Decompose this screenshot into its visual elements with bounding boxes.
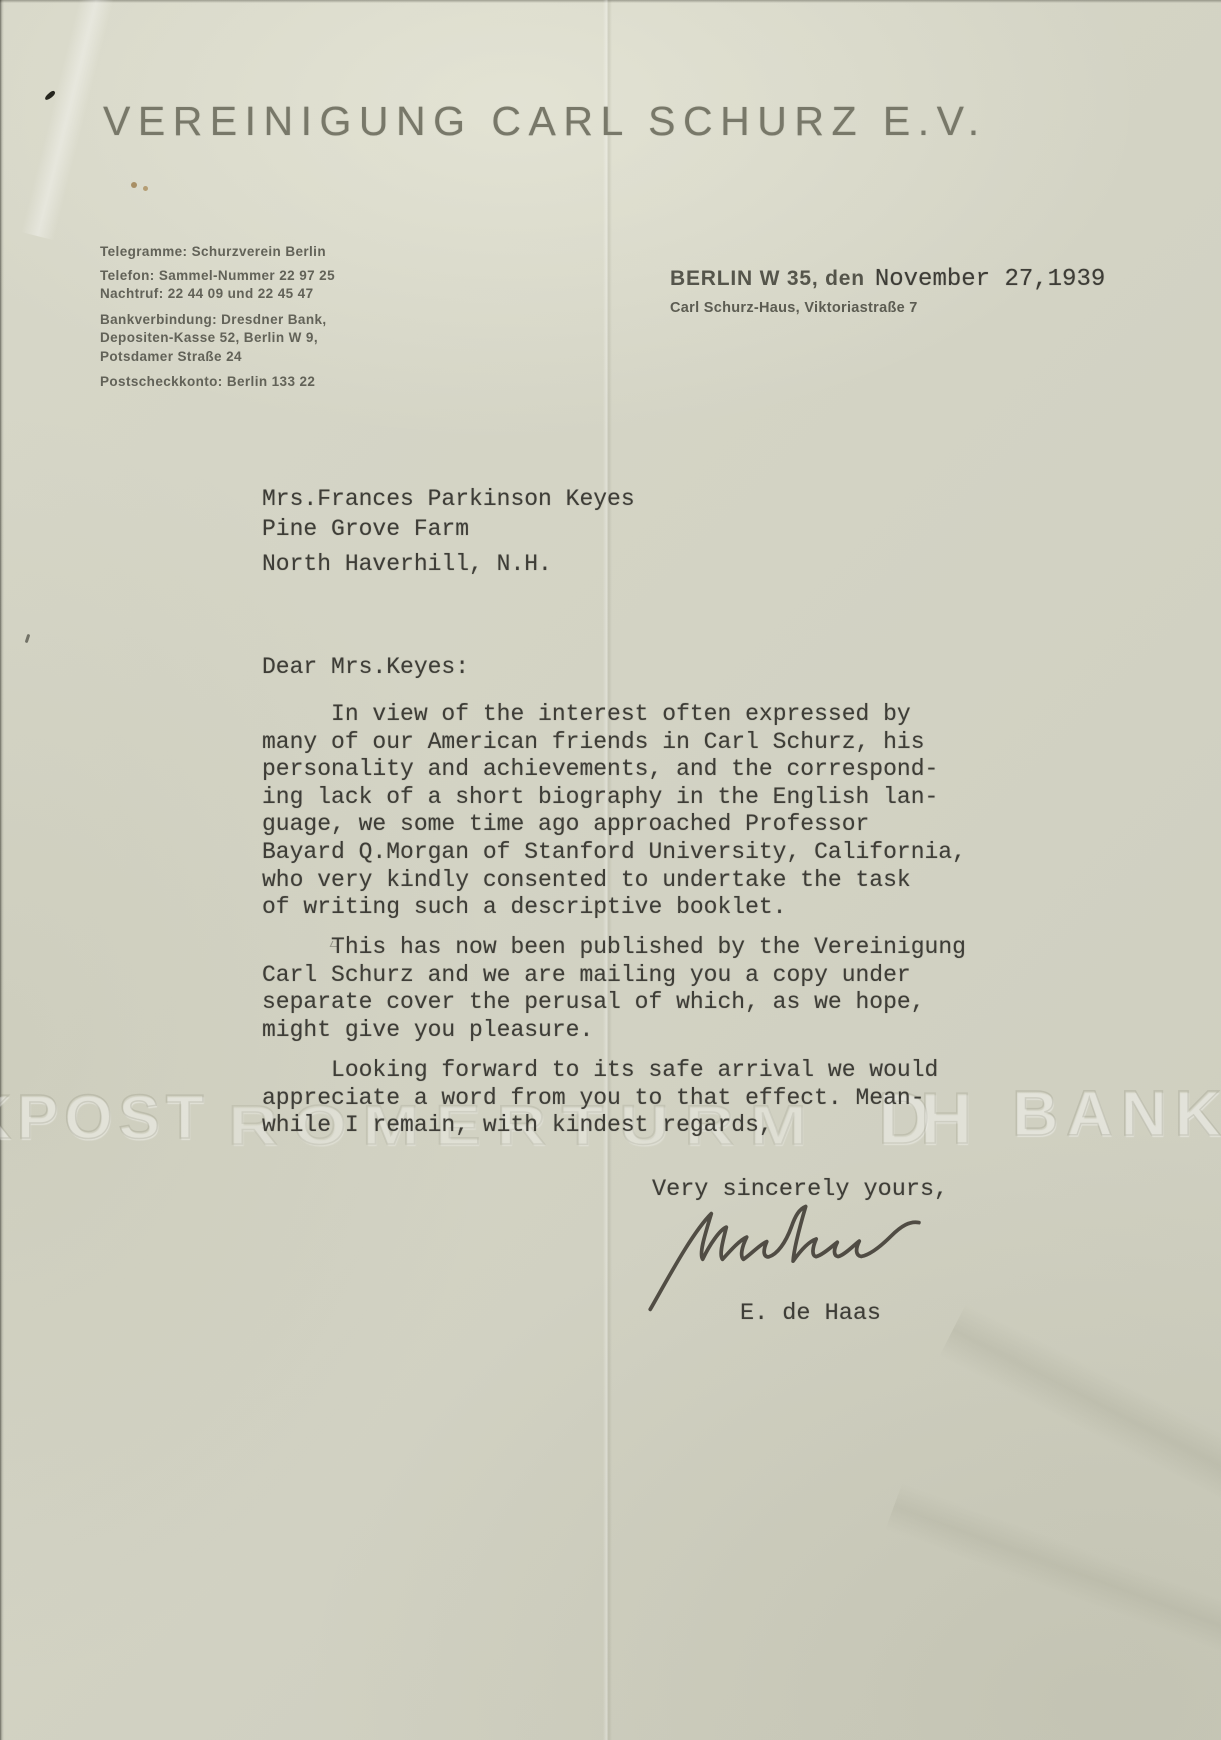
body-paragraph-1: In view of the interest often expressed … (262, 701, 1002, 922)
letterhead-contact-block: Telegramme: Schurzverein Berlin Telefon:… (100, 243, 440, 392)
salutation: Dear Mrs.Keyes: (262, 654, 469, 680)
paper-speck (25, 634, 31, 643)
body-paragraph-2: This has now been published by the Verei… (262, 934, 1002, 1044)
contact-telegramme: Telegramme: Schurzverein Berlin (100, 243, 440, 262)
recipient-address-block: Mrs.Frances Parkinson Keyes Pine Grove F… (262, 484, 635, 579)
contact-postscheck: Postscheckkonto: Berlin 133 22 (100, 373, 440, 392)
body-paragraph-3: Looking forward to its safe arrival we w… (262, 1057, 1002, 1140)
recipient-name: Mrs.Frances Parkinson Keyes (262, 484, 635, 514)
watermark-text-left: KPOST (0, 1082, 210, 1153)
crease-bottom-right-2 (885, 1483, 1221, 1687)
contact-bank-2: Depositen-Kasse 52, Berlin W 9, (100, 329, 440, 348)
recipient-city: North Haverhill, N.H. (262, 549, 635, 579)
paper-speck (131, 182, 137, 188)
dateline-block: BERLIN W 35, denNovember 27,1939 Carl Sc… (670, 266, 1105, 316)
dateline-row: BERLIN W 35, denNovember 27,1939 (670, 266, 1105, 293)
signature-handwriting-icon (629, 1187, 964, 1314)
scan-edge-left (0, 0, 4, 1740)
contact-telefon: Telefon: Sammel-Nummer 22 97 25 (100, 267, 440, 286)
dateline-place: BERLIN W 35, den (670, 267, 865, 290)
contact-bank-1: Bankverbindung: Dresdner Bank, (100, 311, 440, 330)
watermark-text-right: BANKP (1012, 1076, 1221, 1150)
contact-bank-3: Potsdamer Straße 24 (100, 348, 440, 367)
letterhead-title: VEREINIGUNG CARL SCHURZ E.V. (103, 98, 1123, 145)
contact-nachtruf: Nachtruf: 22 44 09 und 22 45 47 (100, 285, 440, 304)
crease-bottom-right (939, 1303, 1221, 1547)
signer-name: E. de Haas (740, 1300, 881, 1327)
letter-page: KPOST ROMERTURM DH BANKP VEREINIGUNG CAR… (0, 0, 1221, 1740)
recipient-street: Pine Grove Farm (262, 514, 635, 544)
dateline-date: November 27,1939 (875, 266, 1105, 293)
paper-speck (143, 186, 148, 191)
dateline-address: Carl Schurz-Haus, Viktoriastraße 7 (670, 300, 1105, 316)
